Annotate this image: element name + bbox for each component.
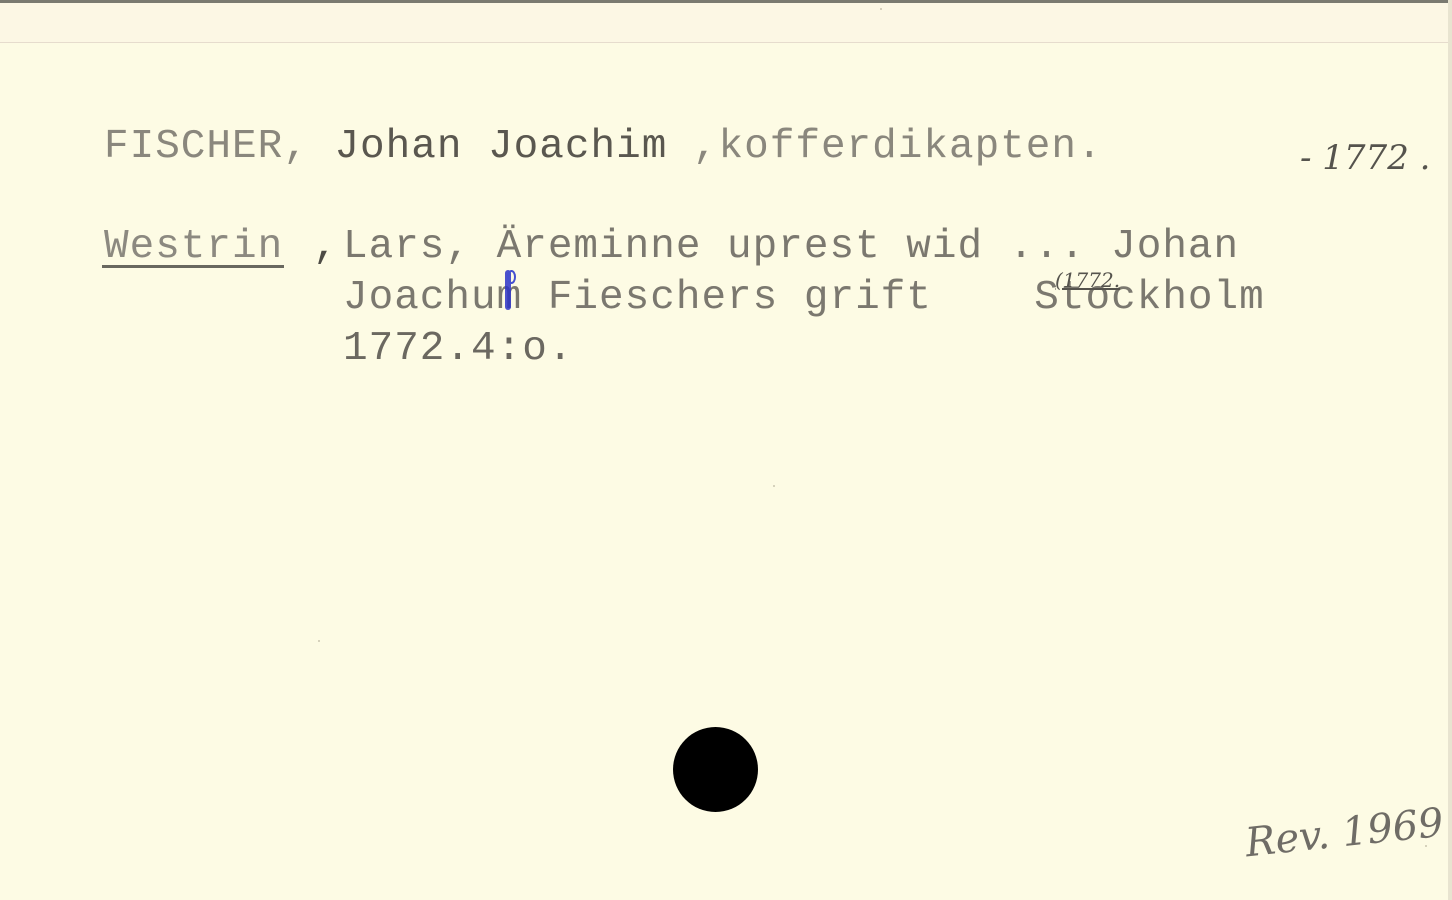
paper-speck	[1425, 845, 1427, 847]
reference-title-line-1: Lars, Äreminne uprest wid ... Johan	[343, 227, 1239, 268]
ruled-line	[0, 42, 1452, 43]
paper-speck	[880, 8, 882, 10]
paper-speck	[773, 485, 775, 487]
author-underline	[102, 265, 284, 268]
punch-hole	[673, 727, 758, 812]
paper-speck	[318, 640, 320, 642]
heading-year-handwritten: - 1772 .	[1300, 138, 1430, 178]
reference-author: Westrin	[104, 227, 283, 268]
card-top-band	[0, 3, 1452, 43]
card-right-edge	[1448, 0, 1452, 900]
heading-surname: FISCHER,	[104, 124, 309, 170]
reference-imprint: 1772.4:o.	[343, 329, 573, 370]
handwritten-year-insert: (1772.	[1055, 268, 1120, 292]
entry-heading: FISCHER, Johan Joachim ,kofferdikapten.	[104, 127, 1103, 168]
reference-title-line-2: Joachum Fieschers grift Stockholm	[343, 278, 1265, 319]
blue-ink-correction-loop	[507, 270, 516, 284]
reference-author-comma: ,	[313, 227, 339, 268]
revision-note: Rev. 1969	[1243, 800, 1446, 867]
heading-occupation: ,kofferdikapten.	[693, 124, 1103, 170]
heading-given-names: Johan Joachim	[309, 124, 667, 170]
catalog-card: FISCHER, Johan Joachim ,kofferdikapten. …	[0, 0, 1452, 900]
